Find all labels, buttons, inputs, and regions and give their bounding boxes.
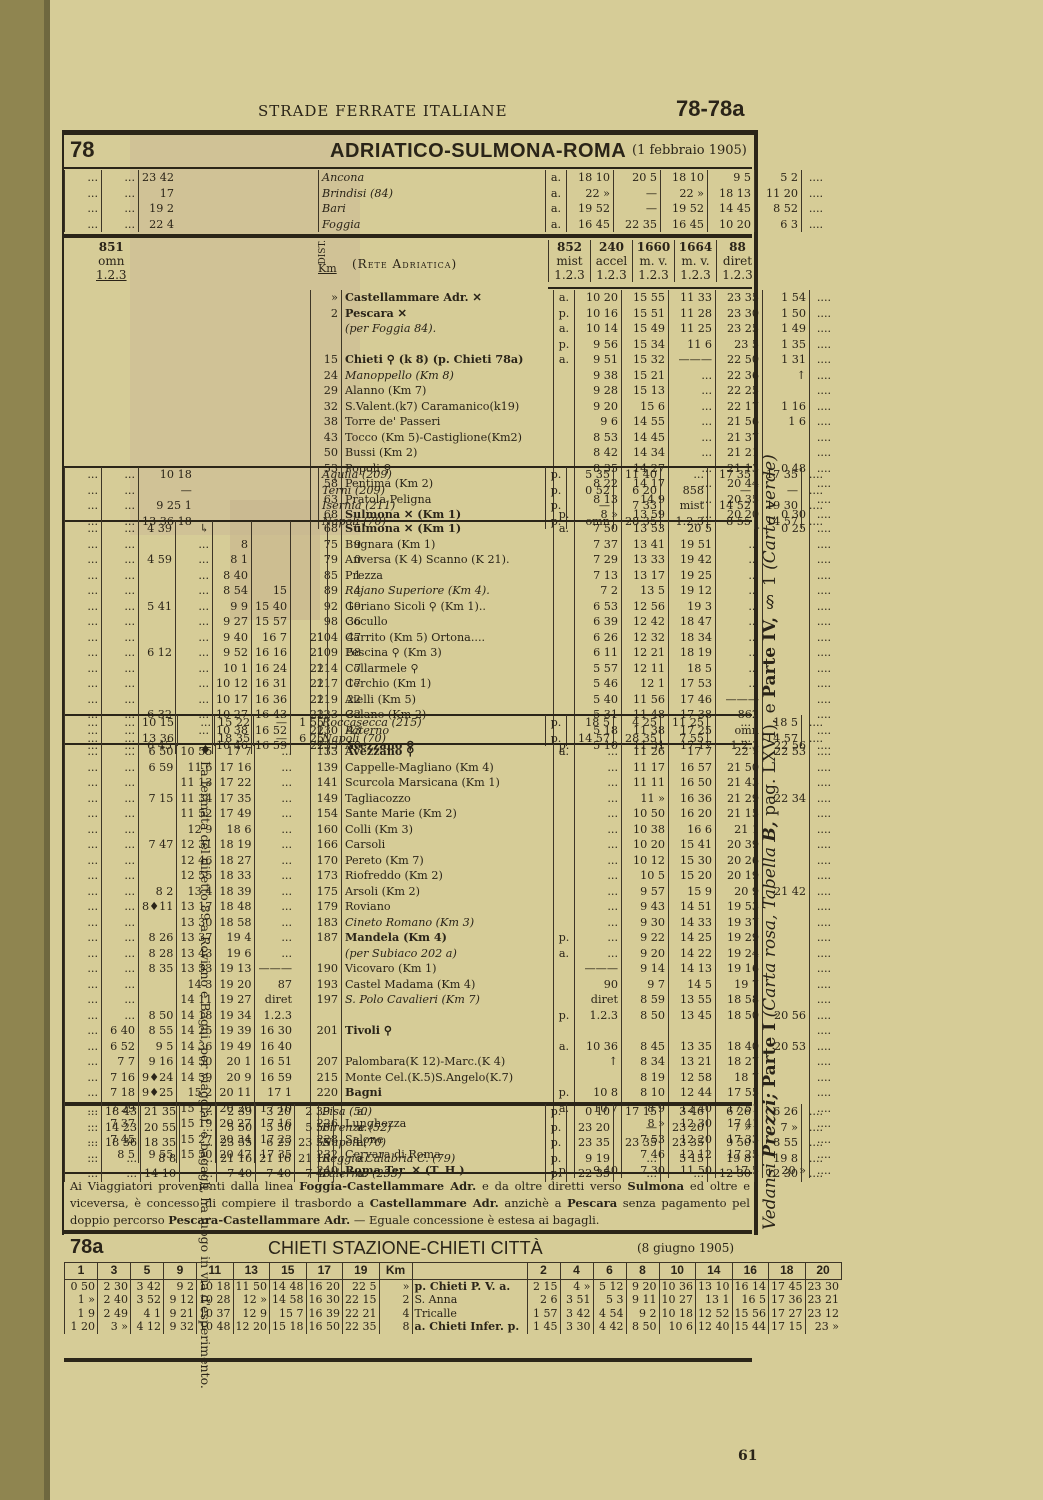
station-name: Tagliacozzo (342, 791, 554, 807)
time-cell: 12 42 (622, 614, 669, 630)
arr-dep-marker: p. (546, 1120, 567, 1136)
time-cell: 22 » (661, 186, 708, 202)
time-cell (291, 583, 328, 599)
time-cell: 8 1 (213, 552, 252, 568)
arr-dep-marker (554, 775, 575, 791)
time-cell: ... (669, 383, 716, 399)
time-cell: ... (716, 537, 763, 553)
train-number: 17 (306, 1263, 343, 1280)
station-name (342, 337, 554, 353)
time-cell: ... (65, 498, 102, 514)
time-cell: 7 33 (614, 498, 661, 514)
time-cell: ... (65, 1151, 102, 1167)
page-edge (44, 0, 50, 1500)
filler-cell: .... (810, 352, 839, 368)
time-cell: ... (65, 1104, 102, 1120)
time-cell: ... (65, 1120, 102, 1136)
train-header: 1664m. v.1.2.3 (674, 240, 716, 282)
table-row: 183Cineto Romano (Km 3)...9 3014 3319 37… (311, 915, 839, 931)
train-type: mist (549, 254, 590, 268)
table-row: ......12 918 6... (65, 822, 296, 838)
time-cell: 9 6 (575, 414, 622, 430)
time-cell: ... (65, 977, 102, 993)
time-cell: 18 36 (102, 1135, 141, 1151)
time-cell: 21 50 (716, 760, 763, 776)
table-row: 114Collarmele ⚲5 5712 1118 5....... (311, 661, 839, 677)
time-cell (291, 614, 328, 630)
table-row: 38Torre de' Passeri9 614 55...21 561 6..… (311, 414, 839, 430)
time-cell: 5 12 (593, 1279, 626, 1293)
time-cell: 8 54 (213, 583, 252, 599)
filler-cell: .... (810, 368, 839, 384)
arr-dep-marker (554, 791, 575, 807)
time-cell: 17 7 (216, 744, 255, 760)
time-cell: 10 5 (622, 868, 669, 884)
time-cell: 8 45 (622, 1039, 669, 1055)
time-cell: 10 48 (197, 1320, 234, 1334)
filler-cell: .... (810, 868, 839, 884)
arr-dep-marker (554, 1070, 575, 1086)
table-row: Bari a.19 52—19 5214 458 52.... (319, 201, 831, 217)
time-cell: 19 25 (669, 568, 716, 584)
time-cell: 3 51 (560, 1293, 593, 1307)
arr-dep-marker (554, 599, 575, 615)
time-cell: 16 39 (306, 1307, 343, 1321)
time-cell: ... (102, 467, 139, 483)
train-class: 1.2.3 (675, 268, 716, 282)
table-row: ......6 5010 5517 7... (65, 744, 296, 760)
table-row: 92Goriano Sicoli ⚲ (Km 1)..6 5312 5619 3… (311, 599, 839, 615)
time-cell: ... (65, 744, 102, 760)
time-cell: ... (65, 1070, 102, 1086)
time-cell: 1 55 (291, 715, 328, 731)
time-cell: 12 20 (233, 1320, 270, 1334)
time-cell: 14 5 (669, 977, 716, 993)
table-row: 2Pescara ✕p.10 1615 5111 2823 301 50.... (311, 306, 839, 322)
arr-dep-marker: a. (554, 321, 575, 337)
time-cell: 23 5 (716, 337, 763, 353)
time-cell: 9 43 (622, 899, 669, 915)
time-cell: 11 26 (622, 744, 669, 760)
table-row: 75Bugnara (Km 1)7 3713 4119 51....... (311, 537, 839, 553)
time-cell: — (614, 201, 661, 217)
time-cell: ... (575, 868, 622, 884)
time-cell: 16 45 (661, 217, 708, 233)
time-cell: 19 3 (669, 599, 716, 615)
time-cell: 9 52 (213, 645, 252, 661)
time-cell: 9 19 (567, 1151, 614, 1167)
arr-dep-marker (554, 661, 575, 677)
time-cell: 15 7 (270, 1307, 307, 1321)
arr-dep-marker (554, 992, 575, 1008)
time-cell: 12 44 (669, 1085, 716, 1101)
time-cell: ... (102, 868, 139, 884)
time-cell: ... (65, 915, 102, 931)
time-cell: ... (255, 806, 295, 822)
time-cell: ... (176, 692, 213, 708)
time-cell: 8 52 (755, 201, 802, 217)
time-cell: 15 56 (732, 1307, 769, 1321)
arr-dep-marker (554, 568, 575, 584)
arr-dep-marker: a. (546, 217, 567, 233)
time-cell: 21 16 (256, 1151, 295, 1167)
table-row: 117Cerchio (Km 1)5 4612 117 53....... (311, 676, 839, 692)
table-row: .........9 2715 5736 (65, 614, 365, 630)
time-cell: 16 6 (669, 822, 716, 838)
time-cell: ... (255, 791, 295, 807)
time-cell: 22 15 (343, 1293, 380, 1307)
time-cell: 9 32 (164, 1320, 197, 1334)
train-number: 9 (164, 1263, 197, 1280)
filler-cell: .... (810, 760, 839, 776)
section78a-date: (8 giugno 1905) (637, 1241, 734, 1255)
time-cell: 16 50 (669, 775, 716, 791)
time-cell (139, 692, 176, 708)
divider (64, 1230, 752, 1234)
station-name: Cerchio (Km 1) (342, 676, 554, 692)
table-row: 139Cappelle-Magliano (Km 4)...11 1716 57… (311, 760, 839, 776)
footnote-text: Pescara-Castellammare Adr. (168, 1213, 350, 1227)
arr-dep-marker (554, 445, 575, 461)
station-name: Arsoli (Km 2) (342, 884, 554, 900)
time-cell: 6 20 (614, 483, 661, 499)
time-cell: ... (102, 977, 139, 993)
time-cell: 5 50 (256, 1120, 295, 1136)
time-cell: 15 34 (622, 337, 669, 353)
time-cell: ... (102, 884, 139, 900)
filler-cell: .... (810, 552, 839, 568)
filler-cell: .... (802, 715, 831, 731)
time-cell: 10 36 (575, 1039, 622, 1055)
time-cell: 18 27 (216, 853, 255, 869)
time-cell: 21 37 (716, 430, 763, 446)
time-cell: ... (716, 599, 763, 615)
time-cell: 16 16 (252, 645, 291, 661)
table-row: ......14 1119 27diret (65, 992, 296, 1008)
time-cell: 17 46 (669, 692, 716, 708)
time-cell: 2 6 (527, 1293, 560, 1307)
margin-parte1-note: (Carta rosa, Tabella (760, 847, 780, 1017)
table-row: .........89 (65, 537, 365, 553)
time-cell: 10 20 (575, 290, 622, 306)
time-cell: 13 10 (696, 1279, 733, 1293)
left-connections-top: ......23 42......17......19 2......22 4 (64, 170, 177, 232)
time-cell: ——— (669, 352, 716, 368)
station-name (342, 1039, 554, 1055)
train-headers: 852mist1.2.3240accel1.2.31660m. v.1.2.31… (548, 240, 758, 282)
time-cell: 20 9 (716, 884, 763, 900)
time-cell: ... (65, 1023, 102, 1039)
left-connections-mid1: ......10 18......—......9 25 1......13 3… (64, 467, 195, 529)
arr-dep-marker (554, 760, 575, 776)
time-cell: 15 41 (669, 837, 716, 853)
arr-dep-marker: p. (554, 1008, 575, 1024)
time-cell: 5 3 (593, 1293, 626, 1307)
time-cell: 21 56 (716, 414, 763, 430)
time-cell: ... (255, 884, 295, 900)
filler-cell: .... (810, 645, 839, 661)
time-cell (139, 537, 176, 553)
arr-dep-marker (554, 630, 575, 646)
table-row: 104Carrito (Km 5) Ortona....6 2612 3218 … (311, 630, 839, 646)
train-number: 3 (98, 1263, 131, 1280)
time-cell: ... (575, 946, 622, 962)
station-name: Monte Cel.(K.5)S.Angelo(K.7) (342, 1070, 554, 1086)
arr-dep-marker: a. (554, 290, 575, 306)
time-cell: 9♦25 (139, 1085, 177, 1101)
arr-dep-marker (554, 414, 575, 430)
station-name: (per Foggia 84). (342, 321, 554, 337)
time-cell (139, 676, 176, 692)
arr-dep-marker (554, 899, 575, 915)
station-name: Castellammare Adr. ✕ (342, 290, 554, 306)
table-row: ......12 4618 27... (65, 853, 296, 869)
time-cell: 11 17 (622, 760, 669, 776)
time-cell: ... (65, 946, 102, 962)
time-cell: ... (669, 399, 716, 415)
filler-cell: .... (802, 217, 831, 233)
time-cell: 15 (252, 583, 291, 599)
time-cell: 10 18 (659, 1307, 696, 1321)
time-cell: 20 26 (716, 853, 763, 869)
time-cell: 19 51 (669, 537, 716, 553)
time-cell: ... (102, 1151, 141, 1167)
time-cell: 10 27 (659, 1293, 696, 1307)
time-cell: 22 (291, 676, 328, 692)
arr-dep-marker (554, 806, 575, 822)
time-cell: 9 11 (626, 1293, 659, 1307)
time-cell: 4 (328, 583, 365, 599)
margin-prezzi: Prezzi; (760, 1093, 780, 1158)
time-cell: 21 16 (295, 1151, 334, 1167)
km-cell: » (379, 1279, 412, 1293)
time-cell: 18 7 (716, 1070, 763, 1086)
time-cell: 18 34 (669, 630, 716, 646)
time-cell: 0 (328, 552, 365, 568)
time-cell: ... (102, 744, 139, 760)
arr-dep-marker: p. (554, 337, 575, 353)
time-cell: ... (102, 552, 139, 568)
time-cell: 8 50 (139, 1008, 177, 1024)
margin-parte1: Parte I (760, 1023, 780, 1088)
time-cell: ... (65, 806, 102, 822)
station-name: Sulmona ✕ (Km 1) (342, 521, 554, 537)
time-cell: 21 (291, 630, 328, 646)
table-row: Isernia (211)p.—7 33mist14 5219 30.... (319, 498, 831, 514)
table-row: Reggio Calabria C. (79)p.9 19...5 1519 8… (319, 1151, 831, 1167)
time-cell: 6 53 (575, 599, 622, 615)
time-cell: 15 9 (669, 884, 716, 900)
time-cell (669, 1023, 716, 1039)
filler-cell: .... (802, 1120, 831, 1136)
time-cell: 1.2.3 (255, 1008, 295, 1024)
time-cell: ... (102, 186, 139, 202)
arr-dep-marker: a. (554, 352, 575, 368)
train-class: 1.2.3 (549, 268, 590, 282)
time-cell: 15 55 (622, 290, 669, 306)
arr-dep-marker: p. (546, 1135, 567, 1151)
time-cell: 11 25 (669, 321, 716, 337)
divider (64, 234, 752, 238)
train-number: 19 (343, 1263, 380, 1280)
time-cell: ... (65, 467, 102, 483)
time-cell: 9 38 (575, 368, 622, 384)
time-cell: 10 8 (575, 1085, 622, 1101)
time-cell: 5 50 (295, 1120, 334, 1136)
time-cell: 16 57 (669, 760, 716, 776)
time-cell: ... (176, 614, 213, 630)
arr-dep-marker: p. (554, 930, 575, 946)
train-number: 1660 (633, 240, 674, 254)
margin-tab: B, (760, 821, 780, 841)
time-cell: 17 55 (716, 1085, 763, 1101)
time-cell: — (614, 1120, 661, 1136)
time-cell (213, 521, 252, 537)
train-number: 16 (732, 1263, 769, 1280)
time-cell: ... (102, 930, 139, 946)
filler-cell: .... (810, 676, 839, 692)
table-row: ......8 5014 1819 341.2.3 (65, 1008, 296, 1024)
filler-cell: .... (810, 614, 839, 630)
time-cell: 22 50 (716, 352, 763, 368)
time-cell: 7 7 (102, 1054, 139, 1070)
table-row: 197S. Polo Cavalieri (Km 7)diret8 5913 5… (311, 992, 839, 1008)
time-cell: 11 25 (661, 715, 708, 731)
time-cell: 9 50 (708, 1135, 755, 1151)
filler-cell: .... (802, 498, 831, 514)
time-cell: 13 35 (669, 1039, 716, 1055)
section78a-title: CHIETI STAZIONE-CHIETI CITTÀ (268, 1238, 543, 1259)
time-cell: 9 (328, 537, 365, 553)
time-cell: ——— (716, 692, 763, 708)
time-cell: 90 (575, 977, 622, 993)
station-name: Rajano Superiore (Km 4). (342, 583, 554, 599)
time-cell: 6 26 (575, 630, 622, 646)
arr-dep-marker: a. (546, 170, 567, 186)
time-cell: 18 10 (661, 170, 708, 186)
table-row: ......10 15...15 22—1 55 (65, 715, 328, 731)
time-cell: 16 24 (252, 661, 291, 677)
table-row: ......8♦1113 1718 48... (65, 899, 296, 915)
time-cell: 10 36 (659, 1279, 696, 1293)
station-name: Alanno (Km 7) (342, 383, 554, 399)
time-cell: 14 13 (669, 961, 716, 977)
margin-price-reference: Vedansi Prezzi; Parte I (Carta rosa, Tab… (760, 220, 780, 1230)
time-cell: 19 20 (216, 977, 255, 993)
time-cell: 15 22 (215, 715, 254, 731)
time-cell: 6 40 (102, 1023, 139, 1039)
time-cell: — (567, 498, 614, 514)
station-name: Collarmele ⚲ (342, 661, 554, 677)
km-cell (311, 321, 342, 337)
time-cell: ... (102, 483, 139, 499)
time-cell: 6 50 (139, 744, 177, 760)
time-cell (252, 568, 291, 584)
time-cell: 8 (213, 537, 252, 553)
footnote-text: Sulmona (627, 1179, 684, 1193)
time-cell: 19 6 (216, 946, 255, 962)
station-name: Goriano Sicoli ⚲ (Km 1).. (342, 599, 554, 615)
time-cell (139, 630, 176, 646)
time-cell: 19 42 (669, 552, 716, 568)
time-cell: 5 35 (567, 467, 614, 483)
time-cell (575, 1023, 622, 1039)
train-type: diret (717, 254, 758, 268)
time-cell: 5 46 (575, 676, 622, 692)
time-cell: 11 28 (669, 306, 716, 322)
time-cell: 6 25 (256, 1135, 295, 1151)
left-stations-part3: ......6 5010 5517 7.........6 5911 617 1… (64, 744, 295, 1163)
table-row: 15Chieti ⚲ (k 8) (p. Chieti 78a)a.9 5115… (311, 352, 839, 368)
time-cell: 23 55 (217, 1135, 256, 1151)
time-cell: 23 20 (567, 1120, 614, 1136)
time-cell: 10 17 (213, 692, 252, 708)
time-cell: ... (65, 930, 102, 946)
time-cell: 10 12 (622, 853, 669, 869)
filler-cell: .... (810, 661, 839, 677)
time-cell: 9 16 (139, 1054, 177, 1070)
time-cell (139, 583, 176, 599)
time-cell (139, 868, 177, 884)
transfer-footnote: Ai Viaggiatori provenienti dalla linea F… (70, 1178, 750, 1229)
train-header: 88diret1.2.3 (716, 240, 758, 282)
table-row: 160Colli (Km 3)...10 3816 621 1.... (311, 822, 839, 838)
time-cell: 9 21 (164, 1307, 197, 1321)
table-row: ......4 59...8 10 (65, 552, 365, 568)
time-cell: 19 29 (716, 930, 763, 946)
time-cell: 17 (139, 186, 178, 202)
time-cell: 16 45 (567, 217, 614, 233)
station-name: Cocullo (342, 614, 554, 630)
time-cell: 36 (328, 614, 365, 630)
time-cell: 8♦11 (139, 899, 177, 915)
time-cell: 22 » (567, 186, 614, 202)
filler-cell: .... (810, 930, 839, 946)
table-row: 220Bagnip.10 88 1012 4417 55.... (311, 1085, 839, 1101)
time-cell: 16 30 (306, 1293, 343, 1307)
arr-dep-marker: a. (554, 521, 575, 537)
time-cell: ... (669, 445, 716, 461)
time-cell: 6 26 (708, 1104, 755, 1120)
time-cell: ... (716, 661, 763, 677)
time-cell: 7 13 (575, 568, 622, 584)
time-cell: 18 40 (716, 1039, 763, 1055)
time-cell: 17 (328, 676, 365, 692)
filler-cell: .... (802, 1166, 831, 1182)
arr-dep-marker (554, 837, 575, 853)
train-header: 1660m. v.1.2.3 (632, 240, 674, 282)
filler-cell: .... (810, 946, 839, 962)
table-row: ...18 4321 35...2 393 202 39a. (65, 1104, 371, 1120)
time-cell: 4 59 (139, 552, 176, 568)
time-cell: 19 12 (669, 583, 716, 599)
margin-parte4-note: (Carta verde) (760, 454, 780, 570)
time-cell: 17 7 (669, 744, 716, 760)
time-cell: ... (669, 414, 716, 430)
train-number: 20 (805, 1263, 841, 1280)
table-row: ......13 3018 58... (65, 915, 296, 931)
time-cell: 23 21 (805, 1293, 841, 1307)
time-cell: 19 37 (716, 915, 763, 931)
time-cell: 22 (291, 692, 328, 708)
time-cell: ... (65, 791, 102, 807)
time-cell: 6 52 (102, 1039, 139, 1055)
time-cell: ... (102, 614, 139, 630)
table-row: Napoli (70)p.23 3523 3523 359 508 55.... (319, 1135, 831, 1151)
time-cell: 11 11 (622, 775, 669, 791)
time-cell: 8 40 (213, 568, 252, 584)
time-cell: 8 50 (622, 1008, 669, 1024)
